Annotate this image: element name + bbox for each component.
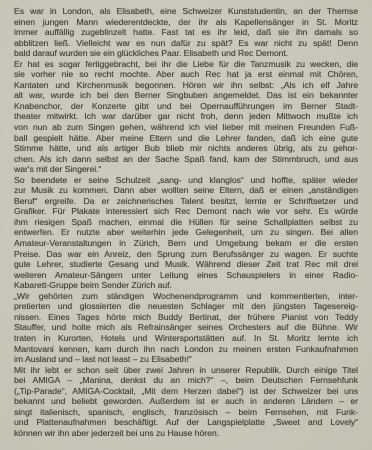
text-line: sie vorher nie so recht mochte. Aber auc… [14, 69, 358, 80]
text-line: alt war, wurde ich bei den Berner Singbu… [14, 90, 358, 101]
text-line: bekannt und beliebt geworden. Außerdem i… [14, 396, 358, 407]
text-line: im Ausland und – last not least – zu Eli… [14, 354, 358, 365]
text-line: „Wir gehörten zum ständigen Wochenendpro… [14, 291, 358, 302]
text-line: von nun ab zum Singen gehen, während ich… [14, 122, 358, 133]
text-line: chen. Als ich dann selbst an der Sache S… [14, 154, 358, 165]
text-line: pretierten und glossierten die neuesten … [14, 301, 358, 312]
text-line: Beruf“ ergreife. Da er zeichnerisches Ta… [14, 196, 358, 207]
text-line: Grafiker. Für Plakate interessiert sich … [14, 206, 358, 217]
text-line: Kabarett-Gruppe beim Sender Zürich auf. [14, 280, 358, 291]
text-line: bald darauf wurden sie ein glückliches P… [14, 48, 358, 59]
text-line: war's mit der Singerei.“ [14, 164, 358, 175]
text-line: Stimme hätte, und als artiger Bub blieb … [14, 143, 358, 154]
text-line: Stauffer, und holte mich als Refrainsäng… [14, 322, 358, 333]
text-line: abblitzen ließ. Vielleicht war es nun da… [14, 38, 358, 49]
text-line: theater mitwirkt. Ich war darüber gar ni… [14, 111, 358, 122]
text-line: Mit ihr lebt er schon seit über zwei Jah… [14, 365, 358, 376]
text-line: nissen. Eines Tages hörte mich Buddy Ber… [14, 312, 358, 323]
scanned-text-page: Es war in London, als Elisabeth, eine Sc… [0, 0, 372, 450]
text-line: Preise. Das war ein Anreiz, den Sprung z… [14, 249, 358, 260]
text-line: Amateur-Veranstaltungen in Zürich, Bern … [14, 238, 358, 249]
text-line: weiteren Amateur-Sängern unter Leitung e… [14, 270, 358, 281]
text-line: Er hat es sogar fertiggebracht, bei ihr … [14, 59, 358, 70]
text-line: traten in Kurorten, Hotels und Winterspo… [14, 333, 358, 344]
text-line: („Tip-Parade“, AMIGA-Cocktail, „Mit dem … [14, 386, 358, 397]
text-line: und Plattenaufnahmen beschäftigt. Auf de… [14, 417, 358, 428]
article-text: Es war in London, als Elisabeth, eine Sc… [14, 6, 358, 438]
text-line: Kantaten und Kirchenmusik begonnen. Höre… [14, 80, 358, 91]
text-line: ball gespielt hätte. Aber meine Eltern u… [14, 133, 358, 144]
text-line: einen jungen Mann wiederentdeckte, der i… [14, 17, 358, 28]
text-line: können wir ihn aber jederzeit bei uns zu… [14, 428, 358, 439]
text-line: singt italienisch, spanisch, englisch, f… [14, 407, 358, 418]
text-line: zur Musik zu kommen. Dann aber wollten s… [14, 185, 358, 196]
text-line: immer auffällig zugeblinzelt hatte. Fast… [14, 27, 358, 38]
text-line: Knabenchor, der Konzerte gibt und bei Op… [14, 101, 358, 112]
text-line: gute Lehrer, studierte Gesang und Musik.… [14, 259, 358, 270]
text-line: bei AMIGA – „Manina, denkst du an mich?“… [14, 375, 358, 386]
text-line: So beendete er seine Schulzeit „sang- un… [14, 175, 358, 186]
text-line: entwerfen. Er nutzte aber weiterhin jede… [14, 227, 358, 238]
text-line: Mantovani kennen, kam durch ihn nach Lon… [14, 344, 358, 355]
text-line: ihm riesigen Spaß machen, einmal die Hül… [14, 217, 358, 228]
text-line: Es war in London, als Elisabeth, eine Sc… [14, 6, 358, 17]
